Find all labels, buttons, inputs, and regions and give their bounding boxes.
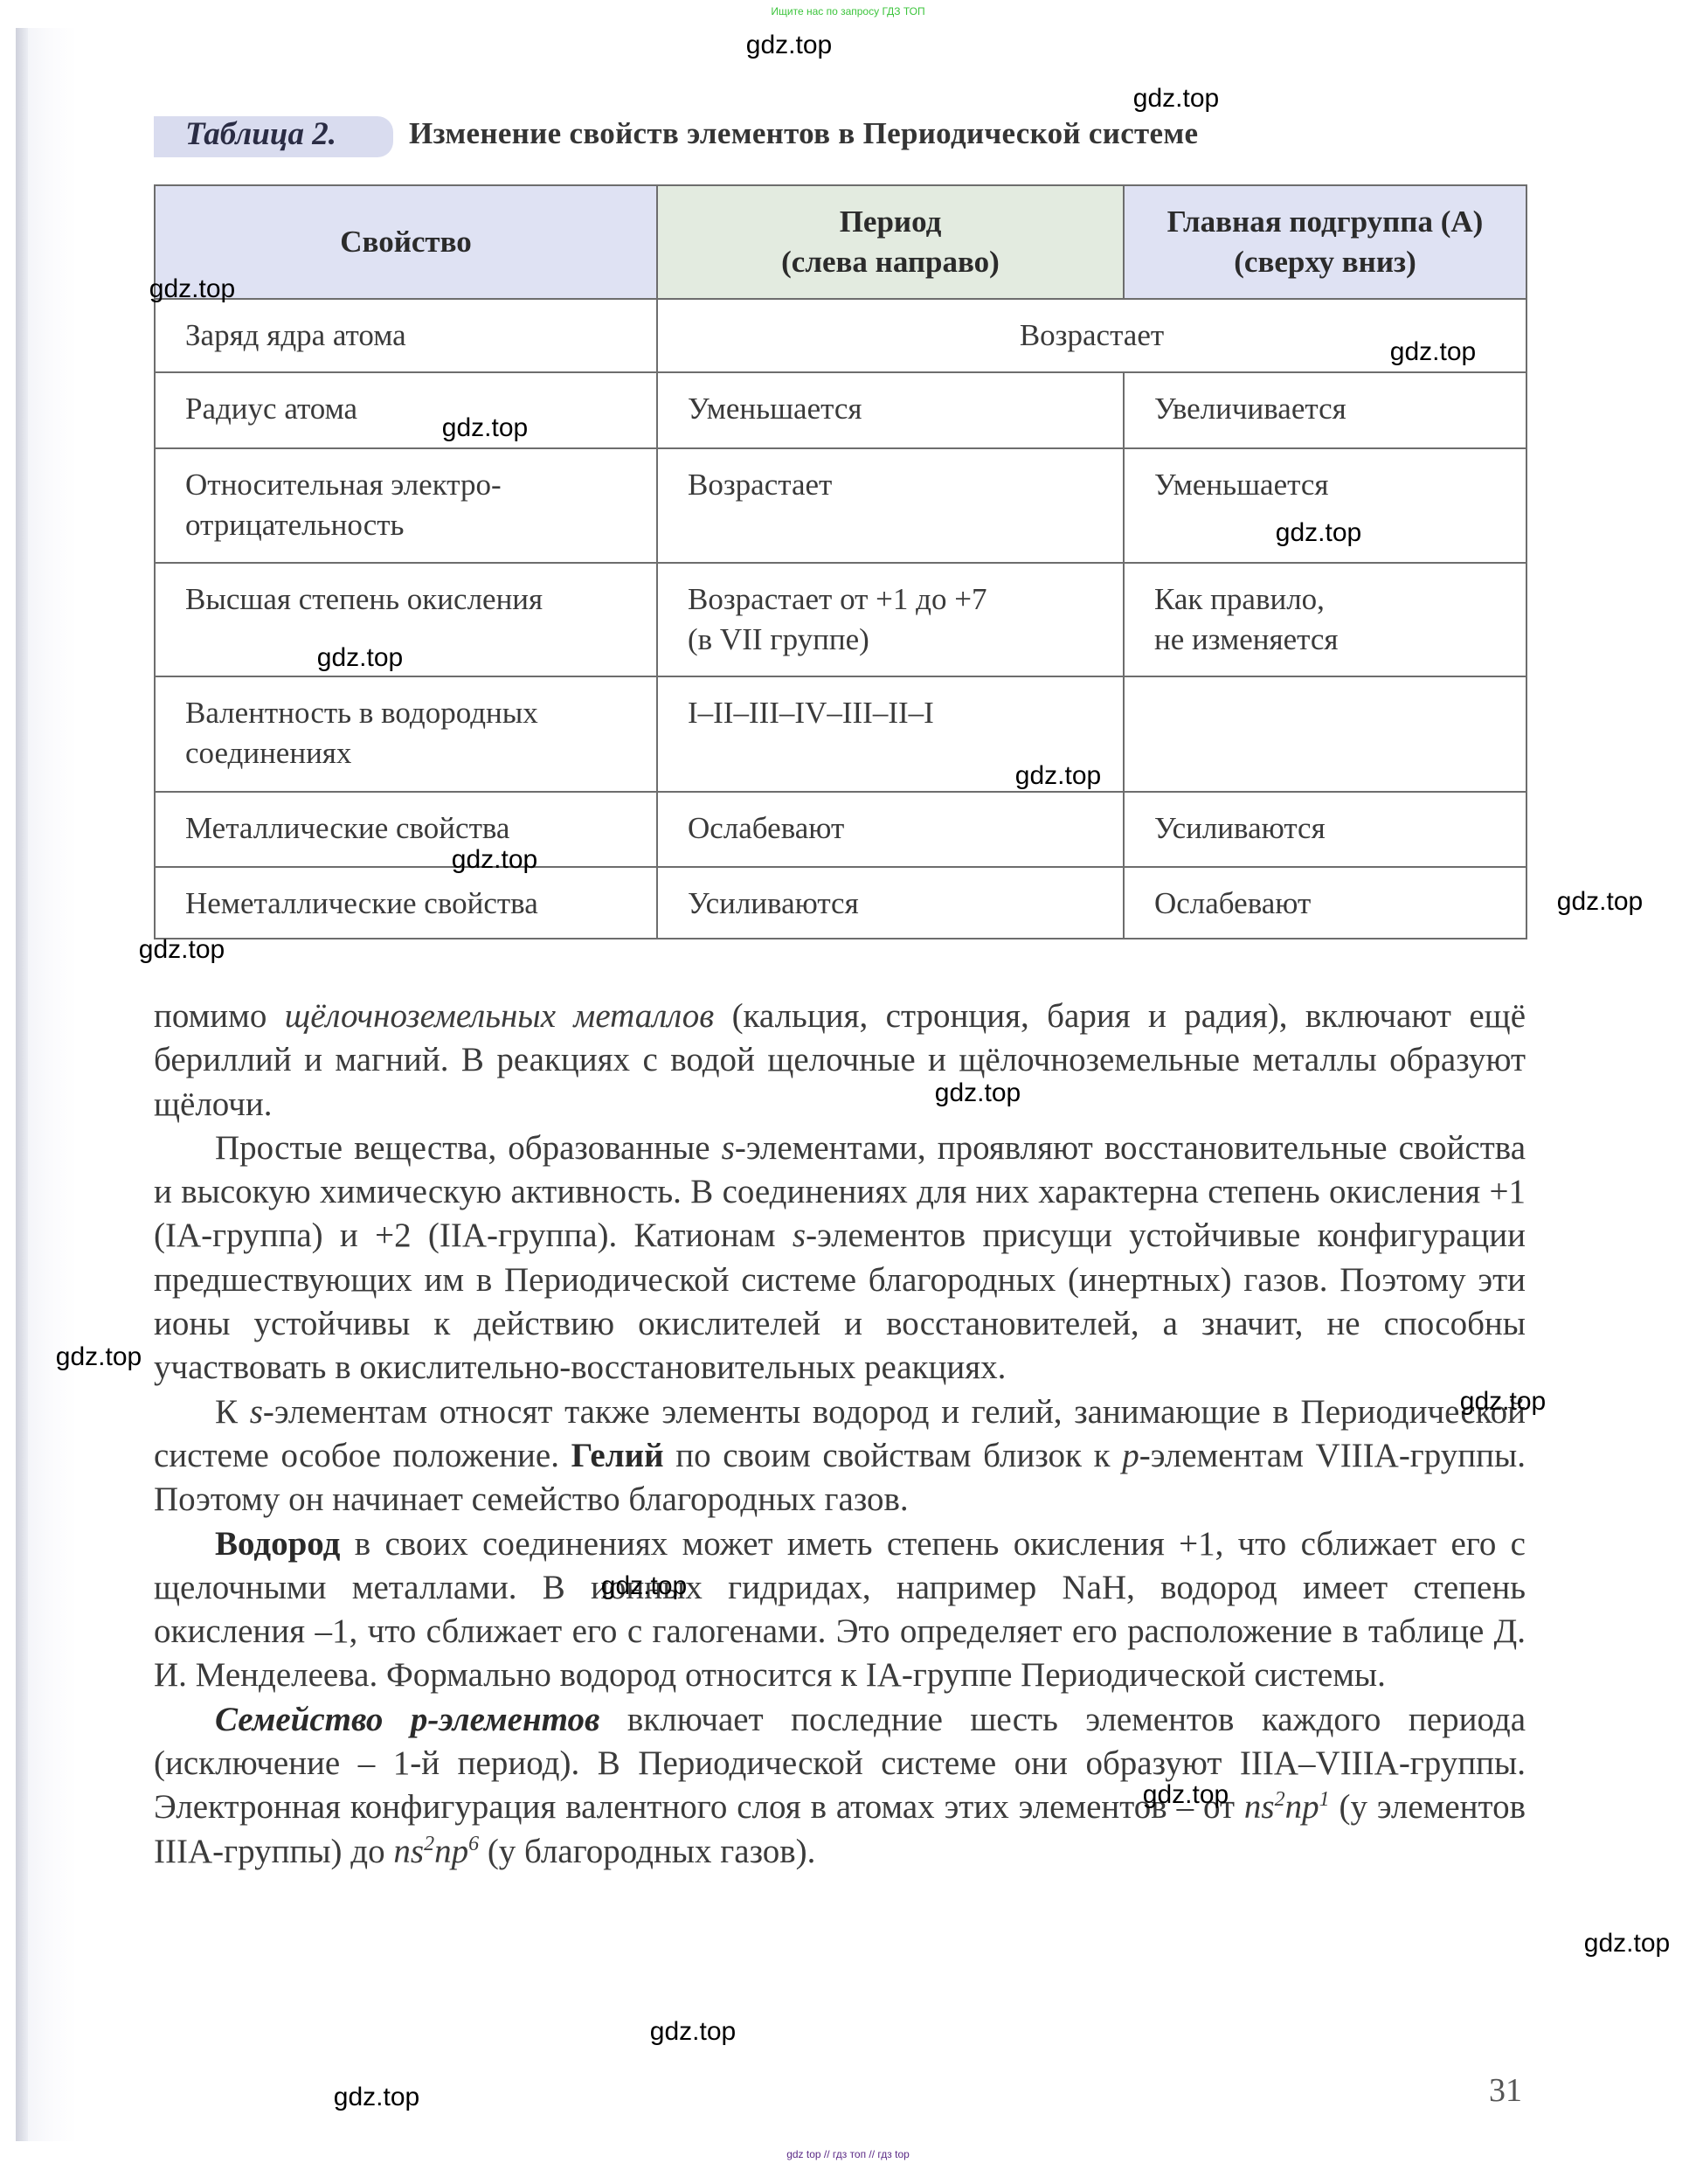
top-banner: Ищите нас по запросу ГДЗ ТОП [0, 5, 1696, 17]
header-main-subgroup: Главная подгруппа (А) (сверху вниз) [1124, 185, 1526, 299]
watermark: gdz.top [1276, 518, 1361, 548]
cell-property: Радиус атома [155, 372, 657, 448]
cell-property-line2: отрицательность [185, 505, 626, 545]
header-group-line2: (сверху вниз) [1133, 242, 1517, 282]
cell-group: Усиливаются [1124, 792, 1526, 867]
header-period-line1: Период [667, 202, 1114, 242]
header-period-line2: (слева направо) [667, 242, 1114, 282]
table-label: Таблица 2. [185, 115, 336, 153]
table-header-row: Свойство Период (слева направо) Главная … [155, 185, 1526, 299]
page-number: 31 [1489, 2071, 1522, 2110]
cell-group-line2: не изменяется [1154, 620, 1496, 660]
watermark: gdz.top [746, 31, 832, 60]
table-row: Радиус атома Уменьшается Увеличивается [155, 372, 1526, 448]
cell-group [1124, 676, 1526, 792]
paragraph-hydrogen-helium: К s-элементам относят также элементы вод… [154, 1390, 1526, 1522]
formula-ns2np1: ns2np1 [1244, 1788, 1330, 1826]
watermark: gdz.top [650, 2017, 736, 2047]
cell-property-line2: соединениях [185, 733, 626, 773]
watermark: gdz.top [1390, 337, 1476, 367]
cell-property: Металлические свойства [155, 792, 657, 867]
watermark: gdz.top [334, 2083, 419, 2112]
cell-group: Как правило, не изменяется [1124, 563, 1526, 676]
watermark: gdz.top [452, 845, 537, 875]
watermark: gdz.top [1557, 887, 1643, 917]
watermark: gdz.top [442, 413, 528, 443]
cell-property: Относительная электро- отрицательность [155, 448, 657, 563]
cell-group-line1: Как правило, [1154, 579, 1496, 620]
cell-period: Возрастает [657, 448, 1124, 563]
watermark: gdz.top [935, 1078, 1021, 1108]
term-p-elements-family: Семейство p-элементов [215, 1701, 599, 1738]
table-row: Неметаллические свойства Усиливаются Осл… [155, 867, 1526, 939]
cell-period: Усиливаются [657, 867, 1124, 939]
cell-property: Валентность в водородных соединениях [155, 676, 657, 792]
paragraph-hydrogen: Водород в своих соединениях может иметь … [154, 1522, 1526, 1698]
watermark: gdz.top [1143, 1780, 1229, 1810]
header-period: Период (слева направо) [657, 185, 1124, 299]
page-spine-shadow [16, 28, 28, 2141]
paragraph-s-elements: Простые вещества, образованные s-элемент… [154, 1127, 1526, 1390]
table-row: Заряд ядра атома Возрастает [155, 299, 1526, 372]
cell-property-line1: Относительная электро- [185, 465, 626, 505]
cell-period: Возрастает от +1 до +7 (в VII группе) [657, 563, 1124, 676]
watermark: gdz.top [149, 274, 235, 304]
paragraph-alkaline-earth: помимо щёлочноземельных металлов (кальци… [154, 995, 1526, 1127]
cell-property: Неметаллические свойства [155, 867, 657, 939]
paragraph-p-elements: Семейство p-элементов включает последние… [154, 1698, 1526, 1874]
cell-property-line1: Валентность в водородных [185, 693, 626, 733]
formula-ns2np6: ns2np6 [393, 1833, 479, 1870]
table-row: Металлические свойства Ослабевают Усилив… [155, 792, 1526, 867]
header-group-line1: Главная подгруппа (А) [1133, 202, 1517, 242]
properties-table: Свойство Период (слева направо) Главная … [154, 184, 1527, 939]
watermark: gdz.top [601, 1571, 687, 1601]
bottom-footer: gdz top // гдз топ // гдз top [0, 2148, 1696, 2160]
term-hydrogen: Водород [215, 1525, 340, 1563]
cell-property: Заряд ядра атома [155, 299, 657, 372]
watermark: gdz.top [317, 643, 403, 673]
cell-period: Уменьшается [657, 372, 1124, 448]
table-row: Валентность в водородных соединениях I–I… [155, 676, 1526, 792]
cell-property: Высшая степень окисления [155, 563, 657, 676]
body-text: помимо щёлочноземельных металлов (кальци… [154, 995, 1526, 1874]
watermark: gdz.top [139, 935, 225, 965]
watermark: gdz.top [1584, 1929, 1670, 1959]
cell-group: Увеличивается [1124, 372, 1526, 448]
term-helium: Гелий [571, 1437, 664, 1474]
cell-group: Ослабевают [1124, 867, 1526, 939]
watermark: gdz.top [1460, 1387, 1546, 1417]
watermark: gdz.top [56, 1342, 142, 1372]
watermark: gdz.top [1133, 84, 1219, 114]
watermark: gdz.top [1015, 761, 1101, 791]
table-title: Изменение свойств элементов в Периодичес… [409, 116, 1198, 151]
term-alkaline-earth-metals: щёлочноземельных металлов [285, 997, 714, 1035]
cell-period-line2: (в VII группе) [688, 620, 1093, 660]
cell-period: Ослабевают [657, 792, 1124, 867]
cell-period-line1: Возрастает от +1 до +7 [688, 579, 1093, 620]
